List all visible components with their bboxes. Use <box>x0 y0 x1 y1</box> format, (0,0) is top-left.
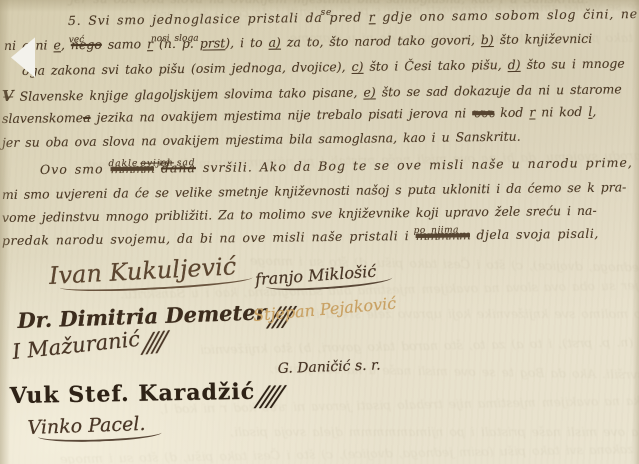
signature-ivan-kukuljevic: Ivan Kukuljević <box>48 252 237 293</box>
chevron-left-icon <box>11 37 35 78</box>
signature-franjo-miklos-ic: franjo Miklošić <box>254 262 377 292</box>
prev-page-button[interactable] <box>4 31 40 83</box>
signature-paraph-flourish: |||| <box>251 382 290 409</box>
signature-vinko-pacel: Vinko Pacel. <box>27 413 146 442</box>
signature-text: G. Daničić s. r. <box>277 357 380 377</box>
signature-paraph-flourish: |||| <box>138 327 173 356</box>
signature-text: franjo Miklošić <box>254 262 376 289</box>
signature-text: Vinko Pacel. <box>27 413 146 439</box>
signature-text: Ivan Kukuljević <box>48 252 237 290</box>
signature-text: Vuk Stef. Karadžić <box>10 379 256 409</box>
document-scan: jer su oba ova slova na ovakijem mjestim… <box>0 0 639 464</box>
signature-g-danic-ic-s-r: G. Daničić s. r. <box>277 357 380 377</box>
signature-vuk-stef-karadz-ic: Vuk Stef. Karadžić|||| <box>10 378 282 411</box>
signatures-block: Ivan Kukuljevićfranjo MiklošićDr. Dimitr… <box>0 0 639 464</box>
